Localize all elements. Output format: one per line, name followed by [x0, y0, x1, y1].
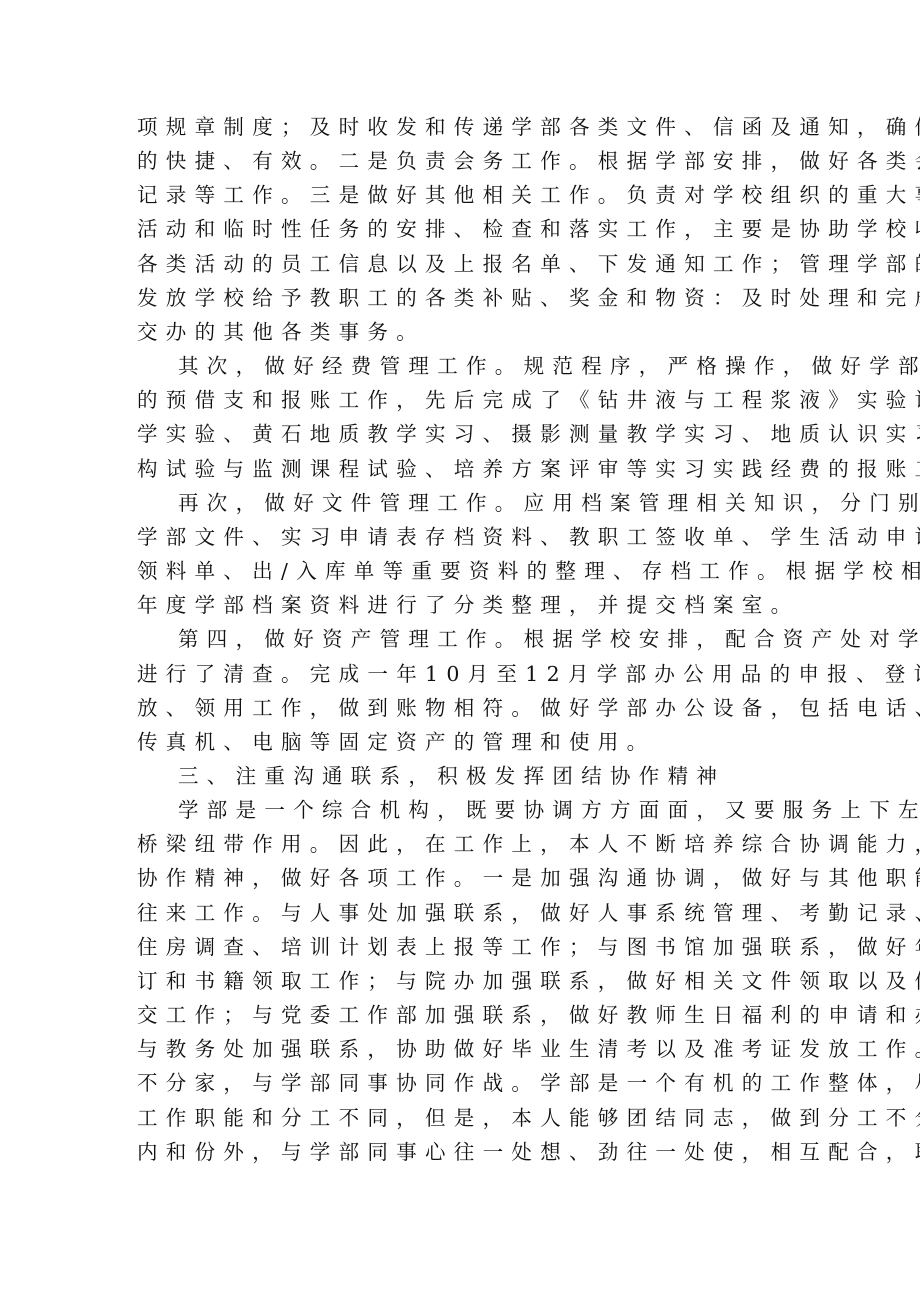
- text-line: 桥梁纽带作用。因此，在工作上，本人不断培养综合协调能力，发挥团结: [137, 827, 779, 861]
- text-line: 往来工作。与人事处加强联系，做好人事系统管理、考勤记录、教师招聘、: [137, 896, 779, 930]
- text-line: 内和份外，与学部同事心往一处想、劲往一处使，相互配合，取长补短，: [137, 1135, 779, 1169]
- text-line: 进行了清查。完成一年10月至12月学部办公用品的申报、登记、保管、发: [137, 657, 779, 691]
- text-line: 学实验、黄石地质教学实习、摄影测量教学实习、地质认识实习、工程结: [137, 417, 779, 451]
- text-line: 再次，做好文件管理工作。应用档案管理相关知识，分门别类地做好: [137, 486, 779, 520]
- paragraph-asset-management: 第四，做好资产管理工作。根据学校安排，配合资产处对学部的资产 进行了清查。完成一…: [137, 622, 779, 759]
- document-body: 项规章制度；及时收发和传递学部各类文件、信函及通知，确保信息流转 的快捷、有效。…: [137, 110, 779, 1169]
- section-heading-text: 三、注重沟通联系，积极发挥团结协作精神: [137, 759, 779, 793]
- text-line: 交工作；与党委工作部加强联系，做好教师生日福利的申请和办理工作；: [137, 998, 779, 1032]
- text-line: 学部文件、实习申请表存档资料、教职工签收单、学生活动申请单、资产: [137, 520, 779, 554]
- section-heading: 三、注重沟通联系，积极发挥团结协作精神: [137, 759, 779, 793]
- text-line: 放、领用工作，做到账物相符。做好学部办公设备，包括电话、复印机、: [137, 691, 779, 725]
- text-line: 住房调查、培训计划表上报等工作；与图书馆加强联系，做好年度报刊征: [137, 930, 779, 964]
- document-page: 项规章制度；及时收发和传递学部各类文件、信函及通知，确保信息流转 的快捷、有效。…: [0, 0, 920, 1301]
- text-line: 记录等工作。三是做好其他相关工作。负责对学校组织的重大事项、大型: [137, 178, 779, 212]
- paragraph-communication: 学部是一个综合机构，既要协调方方面面，又要服务上下左右，发挥着 桥梁纽带作用。因…: [137, 793, 779, 1169]
- text-line: 活动和临时性任务的安排、检查和落实工作，主要是协助学校收集、整理: [137, 212, 779, 246]
- text-line: 项规章制度；及时收发和传递学部各类文件、信函及通知，确保信息流转: [137, 110, 779, 144]
- text-line: 领料单、出/入库单等重要资料的整理、存档工作。根据学校相关安排，对: [137, 554, 779, 588]
- text-line: 协作精神，做好各项工作。一是加强沟通协调，做好与其他职能部门间的: [137, 861, 779, 895]
- text-line: 订和书籍领取工作；与院办加强联系，做好相关文件领取以及值班表的提: [137, 964, 779, 998]
- text-line: 传真机、电脑等固定资产的管理和使用。: [137, 725, 779, 759]
- text-line: 各类活动的员工信息以及上报名单、下发通知工作；管理学部的日常支出；: [137, 247, 779, 281]
- text-line: 的快捷、有效。二是负责会务工作。根据学部安排，做好各类会议的筹备、: [137, 144, 779, 178]
- text-line: 发放学校给予教职工的各类补贴、奖金和物资：及时处理和完成学部主任: [137, 281, 779, 315]
- paragraph-funds-management: 其次，做好经费管理工作。规范程序，严格操作，做好学部各类经费 的预借支和报账工作…: [137, 349, 779, 486]
- text-line: 第四，做好资产管理工作。根据学校安排，配合资产处对学部的资产: [137, 622, 779, 656]
- text-line: 学部是一个综合机构，既要协调方方面面，又要服务上下左右，发挥着: [137, 793, 779, 827]
- text-line: 年度学部档案资料进行了分类整理，并提交档案室。: [137, 588, 779, 622]
- text-line: 交办的其他各类事务。: [137, 315, 779, 349]
- paragraph-document-management: 再次，做好文件管理工作。应用档案管理相关知识，分门别类地做好 学部文件、实习申请…: [137, 486, 779, 623]
- paragraph-duties-continued: 项规章制度；及时收发和传递学部各类文件、信函及通知，确保信息流转 的快捷、有效。…: [137, 110, 779, 349]
- text-line: 其次，做好经费管理工作。规范程序，严格操作，做好学部各类经费: [137, 349, 779, 383]
- text-line: 与教务处加强联系，协助做好毕业生清考以及准考证发放工作。二是分工: [137, 1032, 779, 1066]
- text-line: 工作职能和分工不同，但是，本人能够团结同志，做到分工不分家，不分份: [137, 1101, 779, 1135]
- text-line: 构试验与监测课程试验、培养方案评审等实习实践经费的报账工作。: [137, 452, 779, 486]
- text-line: 不分家，与学部同事协同作战。学部是一个有机的工作整体，尽管大家的: [137, 1066, 779, 1100]
- text-line: 的预借支和报账工作，先后完成了《钻井液与工程浆液》实验课、大学化: [137, 383, 779, 417]
